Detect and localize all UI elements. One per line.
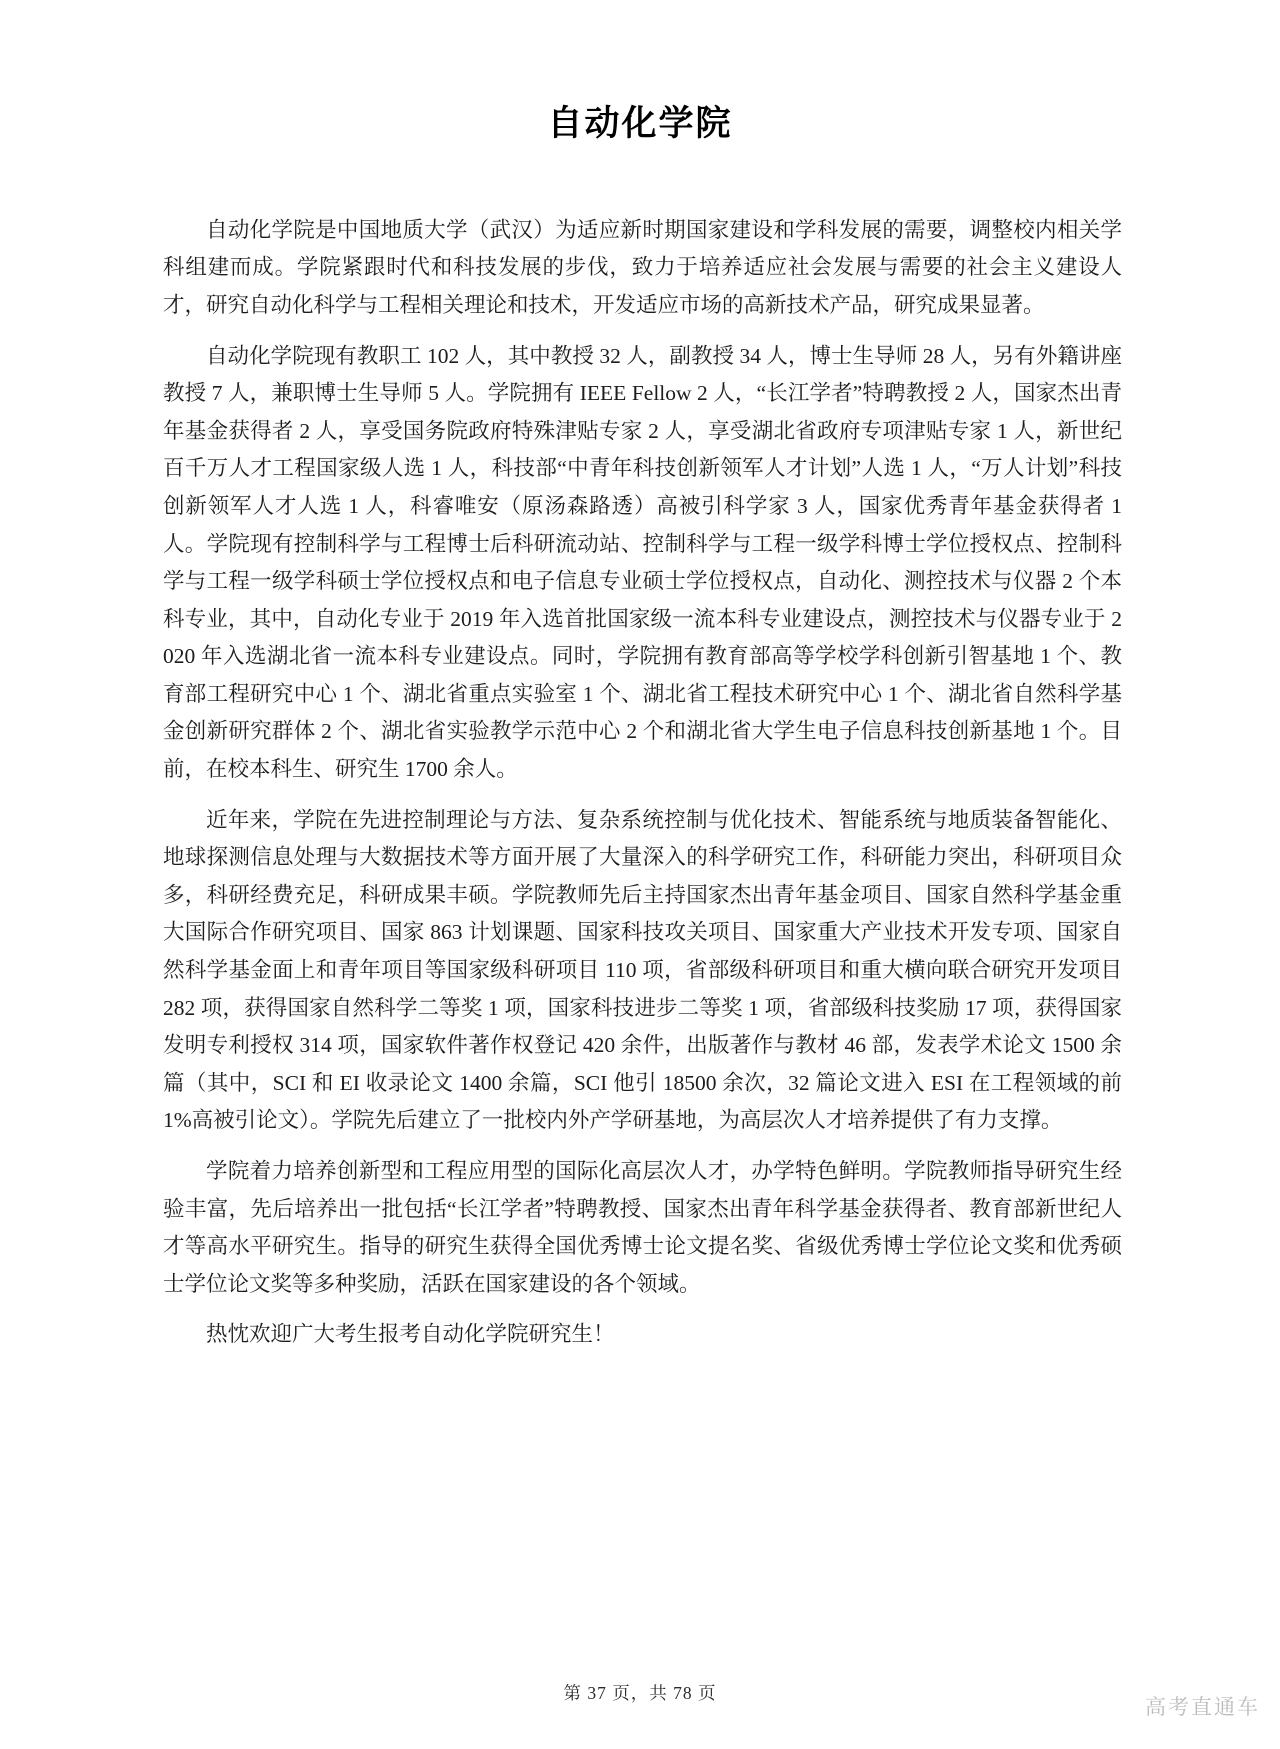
document-body: 自动化学院是中国地质大学（武汉）为适应新时期国家建设和学科发展的需要，调整校内相… <box>163 212 1122 1354</box>
page-number-indicator: 第 37 页，共 78 页 <box>0 1680 1280 1705</box>
body-paragraph-welcome: 热忱欢迎广大考生报考自动化学院研究生！ <box>163 1316 1122 1354</box>
body-paragraph-training: 学院着力培养创新型和工程应用型的国际化高层次人才，办学特色鲜明。学院教师指导研究… <box>163 1153 1122 1303</box>
document-page: 自动化学院 自动化学院是中国地质大学（武汉）为适应新时期国家建设和学科发展的需要… <box>0 0 1280 1749</box>
body-paragraph-faculty-stats: 自动化学院现有教职工 102 人，其中教授 32 人，副教授 34 人，博士生导… <box>163 338 1122 789</box>
body-paragraph-research: 近年来，学院在先进控制理论与方法、复杂系统控制与优化技术、智能系统与地质装备智能… <box>163 802 1122 1140</box>
watermark-text: 高考直通车 <box>1145 1691 1260 1721</box>
page-title: 自动化学院 <box>0 0 1280 146</box>
body-paragraph-intro: 自动化学院是中国地质大学（武汉）为适应新时期国家建设和学科发展的需要，调整校内相… <box>163 212 1122 325</box>
